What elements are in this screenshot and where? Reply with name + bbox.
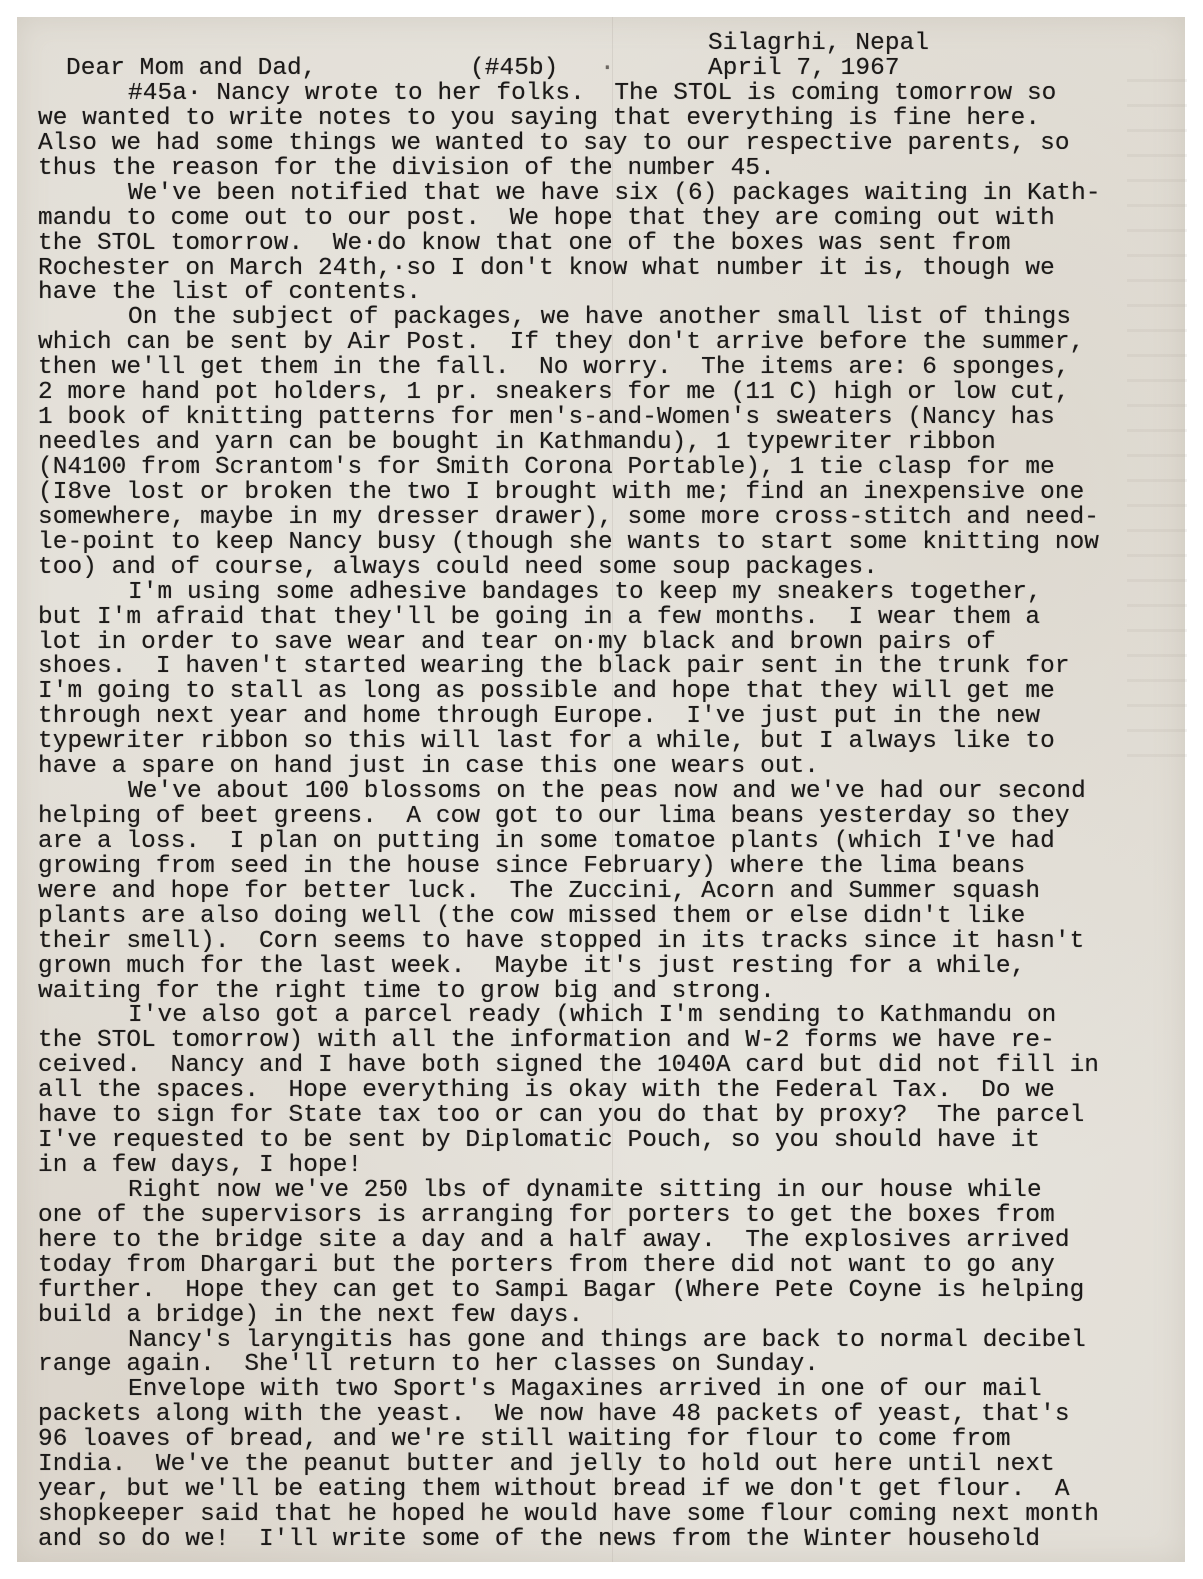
body-line: 96 loaves of bread, and we're still wait… [38,1427,1011,1452]
body-line: today from Dhargari but the porters from… [38,1253,1055,1278]
body-line: their smell). Corn seems to have stopped… [38,929,1084,954]
body-line: build a bridge) in the next few days. [38,1303,583,1328]
body-line: packets along with the yeast. We now hav… [38,1402,1070,1427]
bleed-through-texture [1127,57,1187,757]
body-line: shopkeeper said that he hoped he would h… [38,1502,1099,1527]
body-line: shoes. I haven't started wearing the bla… [38,654,1070,679]
body-line: but I'm afraid that they'll be going in … [38,605,1040,630]
body-line: in a few days, I hope! [38,1153,362,1178]
body-line: range again. She'll return to her classe… [38,1352,819,1377]
body-line: needles and yarn can be bought in Kathma… [38,430,996,455]
body-line: further. Hope they can get to Sampi Baga… [38,1278,1084,1303]
body-line: were and hope for better luck. The Zucci… [38,879,1040,904]
body-line: grown much for the last week. Maybe it's… [38,954,1025,979]
body-line: 2 more hand pot holders, 1 pr. sneakers … [38,380,1070,405]
stray-dot: · [600,56,615,81]
body-line: I've requested to be sent by Diplomatic … [38,1128,1040,1153]
body-line: typewriter ribbon so this will last for … [38,729,1055,754]
body-line: growing from seed in the house since Feb… [38,854,1025,879]
paragraph-first-line: #45a· Nancy wrote to her folks. The STOL… [128,81,1056,106]
body-line: ceived. Nancy and I have both signed the… [38,1053,1099,1078]
body-line: have the list of contents. [38,280,421,305]
body-line: have to sign for State tax too or can yo… [38,1103,1084,1128]
letter-number: (#45b) [470,56,558,81]
body-line: lot in order to save wear and tear on·my… [38,630,996,655]
body-line: have a spare on hand just in case this o… [38,754,819,779]
body-line: thus the reason for the division of the … [38,156,775,181]
body-line: (I8ve lost or broken the two I brought w… [38,480,1084,505]
body-line: we wanted to write notes to you saying t… [38,106,1040,131]
paragraph-first-line: I'm using some adhesive bandages to keep… [128,580,1042,605]
body-line: India. We've the peanut butter and jelly… [38,1452,1055,1477]
body-line: all the spaces. Hope everything is okay … [38,1078,1055,1103]
paragraph-first-line: On the subject of packages, we have anot… [128,305,1071,330]
body-line: and so do we! I'll write some of the new… [38,1527,1040,1552]
letter-place: Silagrhi, Nepal [708,31,929,56]
body-line: 1 book of knitting patterns for men's-an… [38,405,1055,430]
letter-salutation: Dear Mom and Dad, [66,56,317,81]
body-line: here to the bridge site a day and a half… [38,1228,1070,1253]
body-line: I'm going to stall as long as possible a… [38,679,1055,704]
body-line: the STOL tomorrow) with all the informat… [38,1028,1055,1053]
body-line: (N4100 from Scrantom's for Smith Corona … [38,455,1055,480]
body-line: plants are also doing well (the cow miss… [38,904,1025,929]
paragraph-first-line: Envelope with two Sport's Magaxines arri… [128,1377,1042,1402]
body-line: then we'll get them in the fall. No worr… [38,355,1070,380]
body-line: which can be sent by Air Post. If they d… [38,330,1084,355]
body-line: Rochester on March 24th,·so I don't know… [38,256,1055,281]
body-line: too) and of course, always could need so… [38,555,878,580]
body-line: year, but we'll be eating them without b… [38,1477,1070,1502]
body-line: one of the supervisors is arranging for … [38,1203,1055,1228]
body-line: are a loss. I plan on putting in some to… [38,829,1055,854]
body-line: waiting for the right time to grow big a… [38,979,775,1004]
paragraph-first-line: We've been notified that we have six (6)… [128,181,1101,206]
letter-date: April 7, 1967 [708,56,900,81]
body-line: Also we had some things we wanted to say… [38,131,1070,156]
paragraph-first-line: I've also got a parcel ready (which I'm … [128,1003,1056,1028]
body-line: through next year and home through Europ… [38,704,1040,729]
body-line: mandu to come out to our post. We hope t… [38,206,1055,231]
body-line: the STOL tomorrow. We·do know that one o… [38,231,1011,256]
body-line: le-point to keep Nancy busy (though she … [38,530,1099,555]
body-line: helping of beet greens. A cow got to our… [38,804,1070,829]
paragraph-first-line: Nancy's laryngitis has gone and things a… [128,1328,1086,1353]
paragraph-first-line: We've about 100 blossoms on the peas now… [128,779,1086,804]
paragraph-first-line: Right now we've 250 lbs of dynamite sitt… [128,1178,1042,1203]
body-line: somewhere, maybe in my dresser drawer), … [38,505,1099,530]
